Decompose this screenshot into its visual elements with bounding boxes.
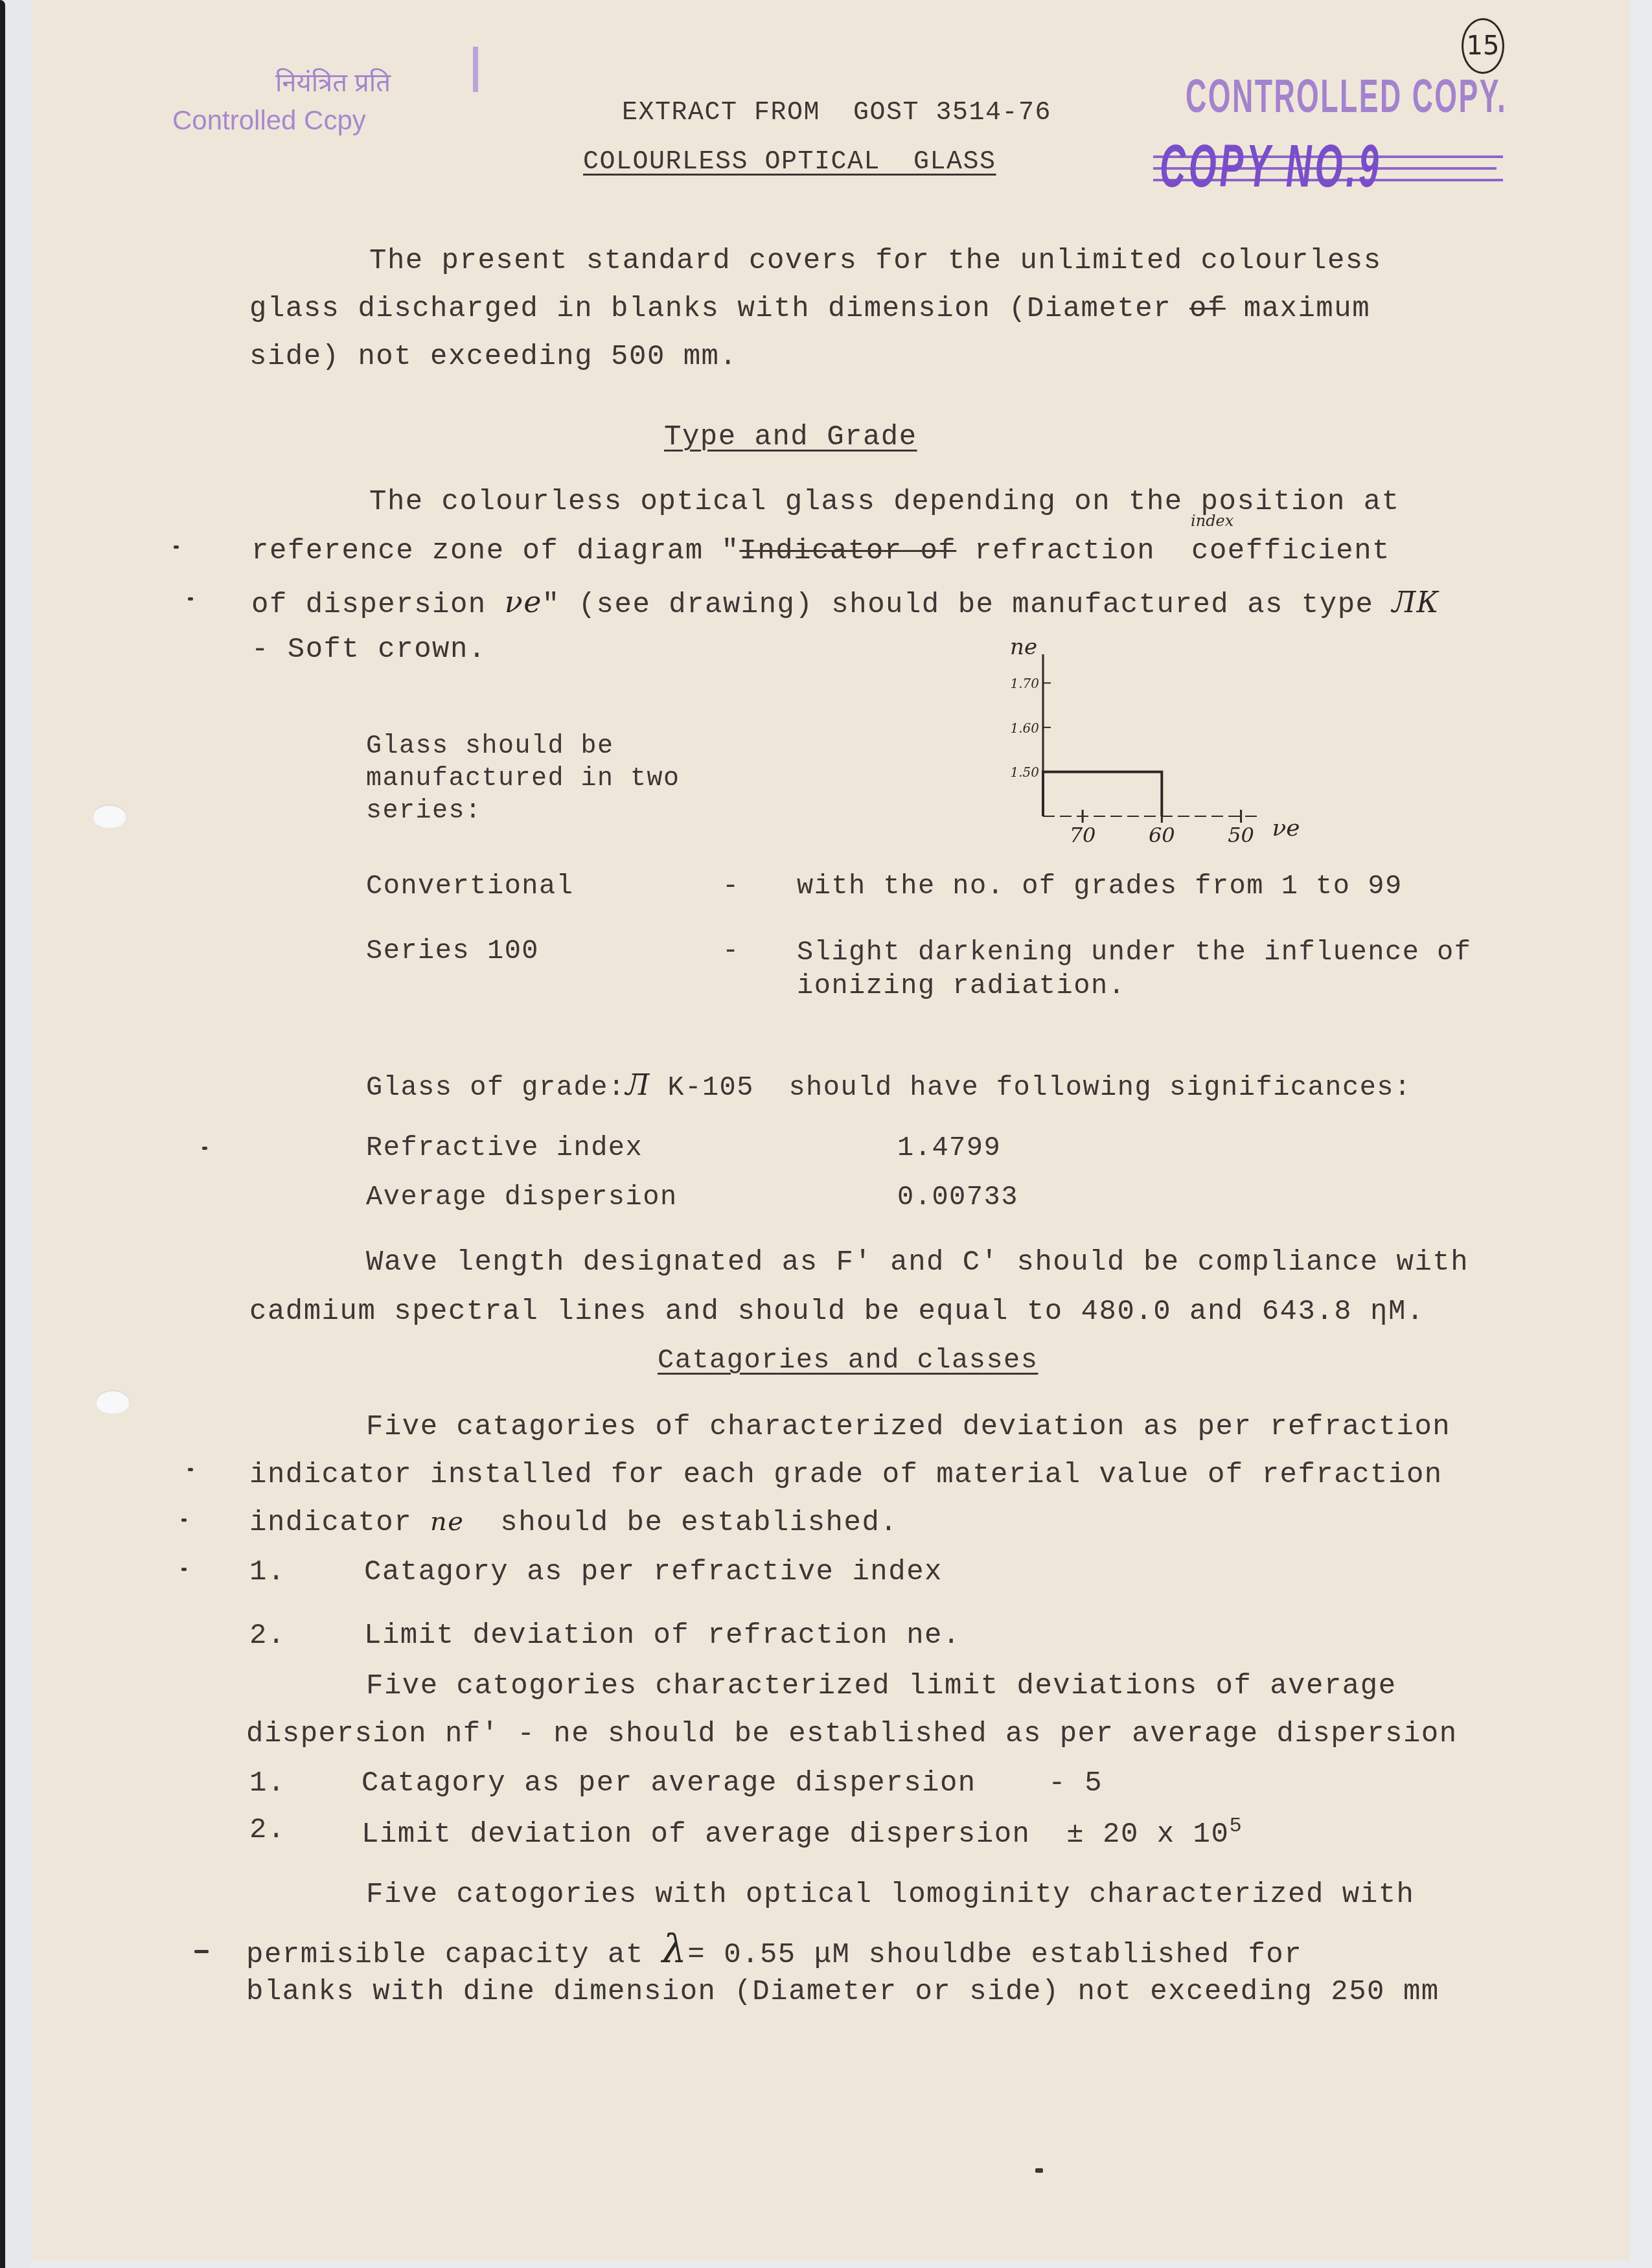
- punch-hole: [96, 1390, 130, 1414]
- section-heading-categories: Catagories and classes: [658, 1345, 1038, 1376]
- series-desc-100: Slight darkening under the influence ofi…: [797, 935, 1471, 1003]
- series-name-conventional: Convertional: [366, 871, 573, 902]
- strike-line: [1153, 155, 1503, 158]
- svg-text:νe: νe: [1272, 815, 1300, 842]
- series-desc-conventional: with the no. of grades from 1 to 99: [797, 871, 1403, 902]
- property-label-average-dispersion: Average dispersion: [366, 1182, 678, 1213]
- margin-mark: [188, 1468, 193, 1471]
- document-subtitle: COLOURLESS OPTICAL GLASS: [583, 148, 996, 177]
- grade-line: Glass of grade:Л K-105 should have follo…: [366, 1069, 1412, 1103]
- ink-speck: [1035, 2168, 1043, 2173]
- strike-line: [1153, 179, 1503, 181]
- list-item: Catagory as per refractive index: [364, 1556, 943, 1588]
- series-intro: Glass should bemanufactured in twoseries…: [366, 731, 680, 828]
- list-item: Limit deviation of refraction ne.: [364, 1620, 961, 1652]
- intro-line-3: side) not exceeding 500 mm.: [249, 341, 737, 373]
- document-title: EXTRACT FROM GOST 3514-76: [622, 98, 1051, 128]
- svg-text:1.50: 1.50: [1010, 764, 1039, 780]
- scan-edge: [0, 0, 5, 2268]
- list-item: Limit deviation of average dispersion ± …: [361, 1814, 1243, 1851]
- wavelength-line-1: Wave length designated as F' and C' shou…: [366, 1246, 1469, 1279]
- list-item-number: 1.: [249, 1556, 286, 1588]
- page-number: 15: [1462, 18, 1504, 74]
- type-grade-line-1: The colourless optical glass depending o…: [369, 486, 1400, 518]
- handwritten-insert: index: [1191, 512, 1233, 530]
- list-item: Catagory as per average dispersion - 5: [361, 1767, 1103, 1800]
- strike-line: [1153, 167, 1497, 170]
- controlled-copy-stamp-large: CONTROLLED COPY.: [1186, 70, 1507, 123]
- intro-line-1: The present standard covers for the unli…: [369, 245, 1382, 277]
- intro-line-2: glass discharged in blanks with dimensio…: [249, 293, 1370, 325]
- scan-border: [5, 0, 31, 2268]
- categories-line-7: permisible capacity at λ= 0.55 μM should…: [246, 1927, 1302, 1972]
- categories-line-3: indicator ne should be established.: [249, 1507, 898, 1539]
- hindi-stamp: नियंत्रित प्रति: [275, 63, 391, 99]
- svg-text:1.60: 1.60: [1010, 720, 1039, 736]
- wavelength-line-2: cadmium spectral lines and should be equ…: [249, 1296, 1425, 1328]
- svg-text:60: 60: [1149, 823, 1175, 847]
- margin-mark: [202, 1147, 207, 1150]
- property-value-average-dispersion: 0.00733: [897, 1182, 1018, 1213]
- type-grade-line-2: reference zone of diagram "Indicator of …: [251, 535, 1390, 567]
- series-dash: -: [722, 935, 740, 967]
- list-item-number: 1.: [249, 1767, 286, 1800]
- stamp-bar: [473, 47, 478, 92]
- categories-line-8: blanks with dine dimension (Diameter or …: [246, 1976, 1440, 2008]
- margin-mark: [181, 1518, 187, 1522]
- svg-text:ne: ne: [1010, 635, 1037, 660]
- margin-mark: [194, 1950, 209, 1953]
- svg-text:1.70: 1.70: [1010, 676, 1039, 691]
- list-item-number: 2.: [249, 1620, 286, 1652]
- margin-mark: [174, 545, 179, 549]
- property-value-refractive-index: 1.4799: [897, 1132, 1001, 1163]
- margin-mark: [188, 597, 193, 601]
- type-grade-line-3: of dispersion νe" (see drawing) should b…: [251, 584, 1440, 621]
- section-heading-type-grade: Type and Grade: [664, 421, 917, 453]
- categories-line-4: Five catogories characterized limit devi…: [366, 1670, 1397, 1702]
- categories-line-2: indicator installed for each grade of ma…: [249, 1459, 1443, 1491]
- series-name-100: Series 100: [366, 935, 539, 967]
- categories-line-6: Five catogories with optical lomoginity …: [366, 1879, 1414, 1911]
- document-page: [31, 0, 1629, 2261]
- svg-text:70: 70: [1070, 823, 1096, 847]
- margin-mark: [181, 1568, 187, 1571]
- list-item-number: 2.: [249, 1814, 286, 1846]
- categories-line-5: dispersion nf' - ne should be establishe…: [246, 1718, 1458, 1750]
- svg-text:50: 50: [1228, 823, 1254, 847]
- series-dash: -: [722, 871, 740, 902]
- reference-zone-diagram: 1.701.601.50706050neνe: [972, 635, 1309, 849]
- controlled-copy-stamp-small: Controlled Ccpy: [172, 105, 366, 136]
- property-label-refractive-index: Refractive index: [366, 1132, 643, 1163]
- categories-line-1: Five catagories of characterized deviati…: [366, 1411, 1451, 1443]
- punch-hole: [93, 805, 126, 828]
- type-grade-line-4: - Soft crown.: [251, 634, 487, 666]
